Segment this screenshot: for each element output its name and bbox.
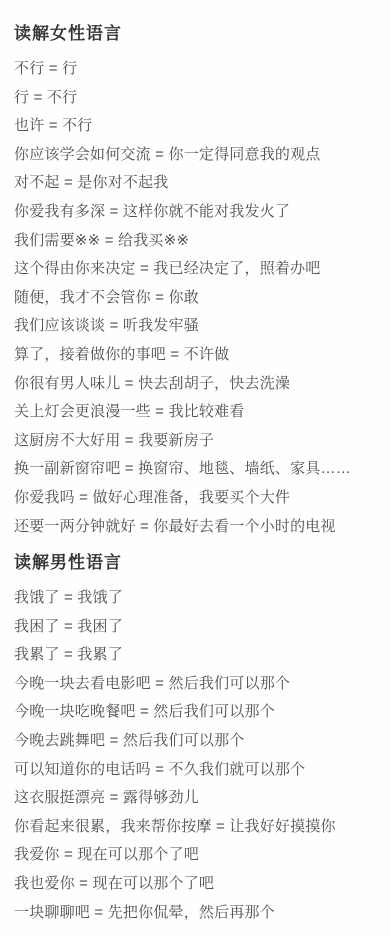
- phrase-line: 行 = 不行: [14, 84, 379, 113]
- phrase-line: 你爱我有多深 = 这样你就不能对我发火了: [14, 198, 379, 227]
- phrase-line: 算了，接着做你的事吧 = 不许做: [14, 341, 379, 370]
- phrase-line: 还要一两分钟就好 = 你最好去看一个小时的电视: [14, 513, 379, 542]
- phrase-line: 你看起来很累，我来帮你按摩 = 让我好好摸摸你: [14, 813, 379, 842]
- section-heading-female: 读解女性语言: [14, 22, 379, 46]
- phrase-line: 我们应该谈谈 = 听我发牢骚: [14, 312, 379, 341]
- phrase-line: 我爱你 = 现在可以那个了吧: [14, 841, 379, 870]
- phrase-line: 你很有男人味儿 = 快去刮胡子，快去洗澡: [14, 370, 379, 399]
- phrase-line: 我们需要※※ = 给我买※※: [14, 227, 379, 256]
- section-heading-male: 读解男性语言: [14, 551, 379, 575]
- phrase-line: 对不起 = 是你对不起我: [14, 169, 379, 198]
- phrase-line: 我累了 = 我累了: [14, 641, 379, 670]
- female-language-list: 不行 = 行 行 = 不行 也许 = 不行 你应该学会如何交流 = 你一定得同意…: [14, 55, 379, 541]
- phrase-line: 这个得由你来决定 = 我已经决定了，照着办吧: [14, 255, 379, 284]
- phrase-line: 今晚去跳舞吧 = 然后我们可以那个: [14, 727, 379, 756]
- phrase-line: 你应该学会如何交流 = 你一定得同意我的观点: [14, 141, 379, 170]
- phrase-line: 你爱我吗 = 做好心理准备，我要买个大件: [14, 484, 379, 513]
- male-language-list: 我饿了 = 我饿了 我困了 = 我困了 我累了 = 我累了 今晚一块去看电影吧 …: [14, 584, 379, 927]
- phrase-line: 不行 = 行: [14, 55, 379, 84]
- phrase-line: 换一副新窗帘吧 = 换窗帘、地毯、墙纸、家具……: [14, 455, 379, 484]
- phrase-line: 一块聊聊吧 = 先把你侃晕，然后再那个: [14, 899, 379, 928]
- phrase-line: 我困了 = 我困了: [14, 613, 379, 642]
- phrase-line: 可以知道你的电话吗 = 不久我们就可以那个: [14, 756, 379, 785]
- document-page: 读解女性语言 不行 = 行 行 = 不行 也许 = 不行 你应该学会如何交流 =…: [0, 0, 391, 936]
- phrase-line: 我饿了 = 我饿了: [14, 584, 379, 613]
- phrase-line: 随便，我才不会管你 = 你敢: [14, 284, 379, 313]
- phrase-line: 这厨房不大好用 = 我要新房子: [14, 427, 379, 456]
- phrase-line: 今晚一块去看电影吧 = 然后我们可以那个: [14, 670, 379, 699]
- phrase-line: 关上灯会更浪漫一些 = 我比较难看: [14, 398, 379, 427]
- phrase-line: 今晚一块吃晚餐吧 = 然后我们可以那个: [14, 698, 379, 727]
- phrase-line: 我也爱你 = 现在可以那个了吧: [14, 870, 379, 899]
- phrase-line: 也许 = 不行: [14, 112, 379, 141]
- phrase-line: 这衣服挺漂亮 = 露得够劲儿: [14, 784, 379, 813]
